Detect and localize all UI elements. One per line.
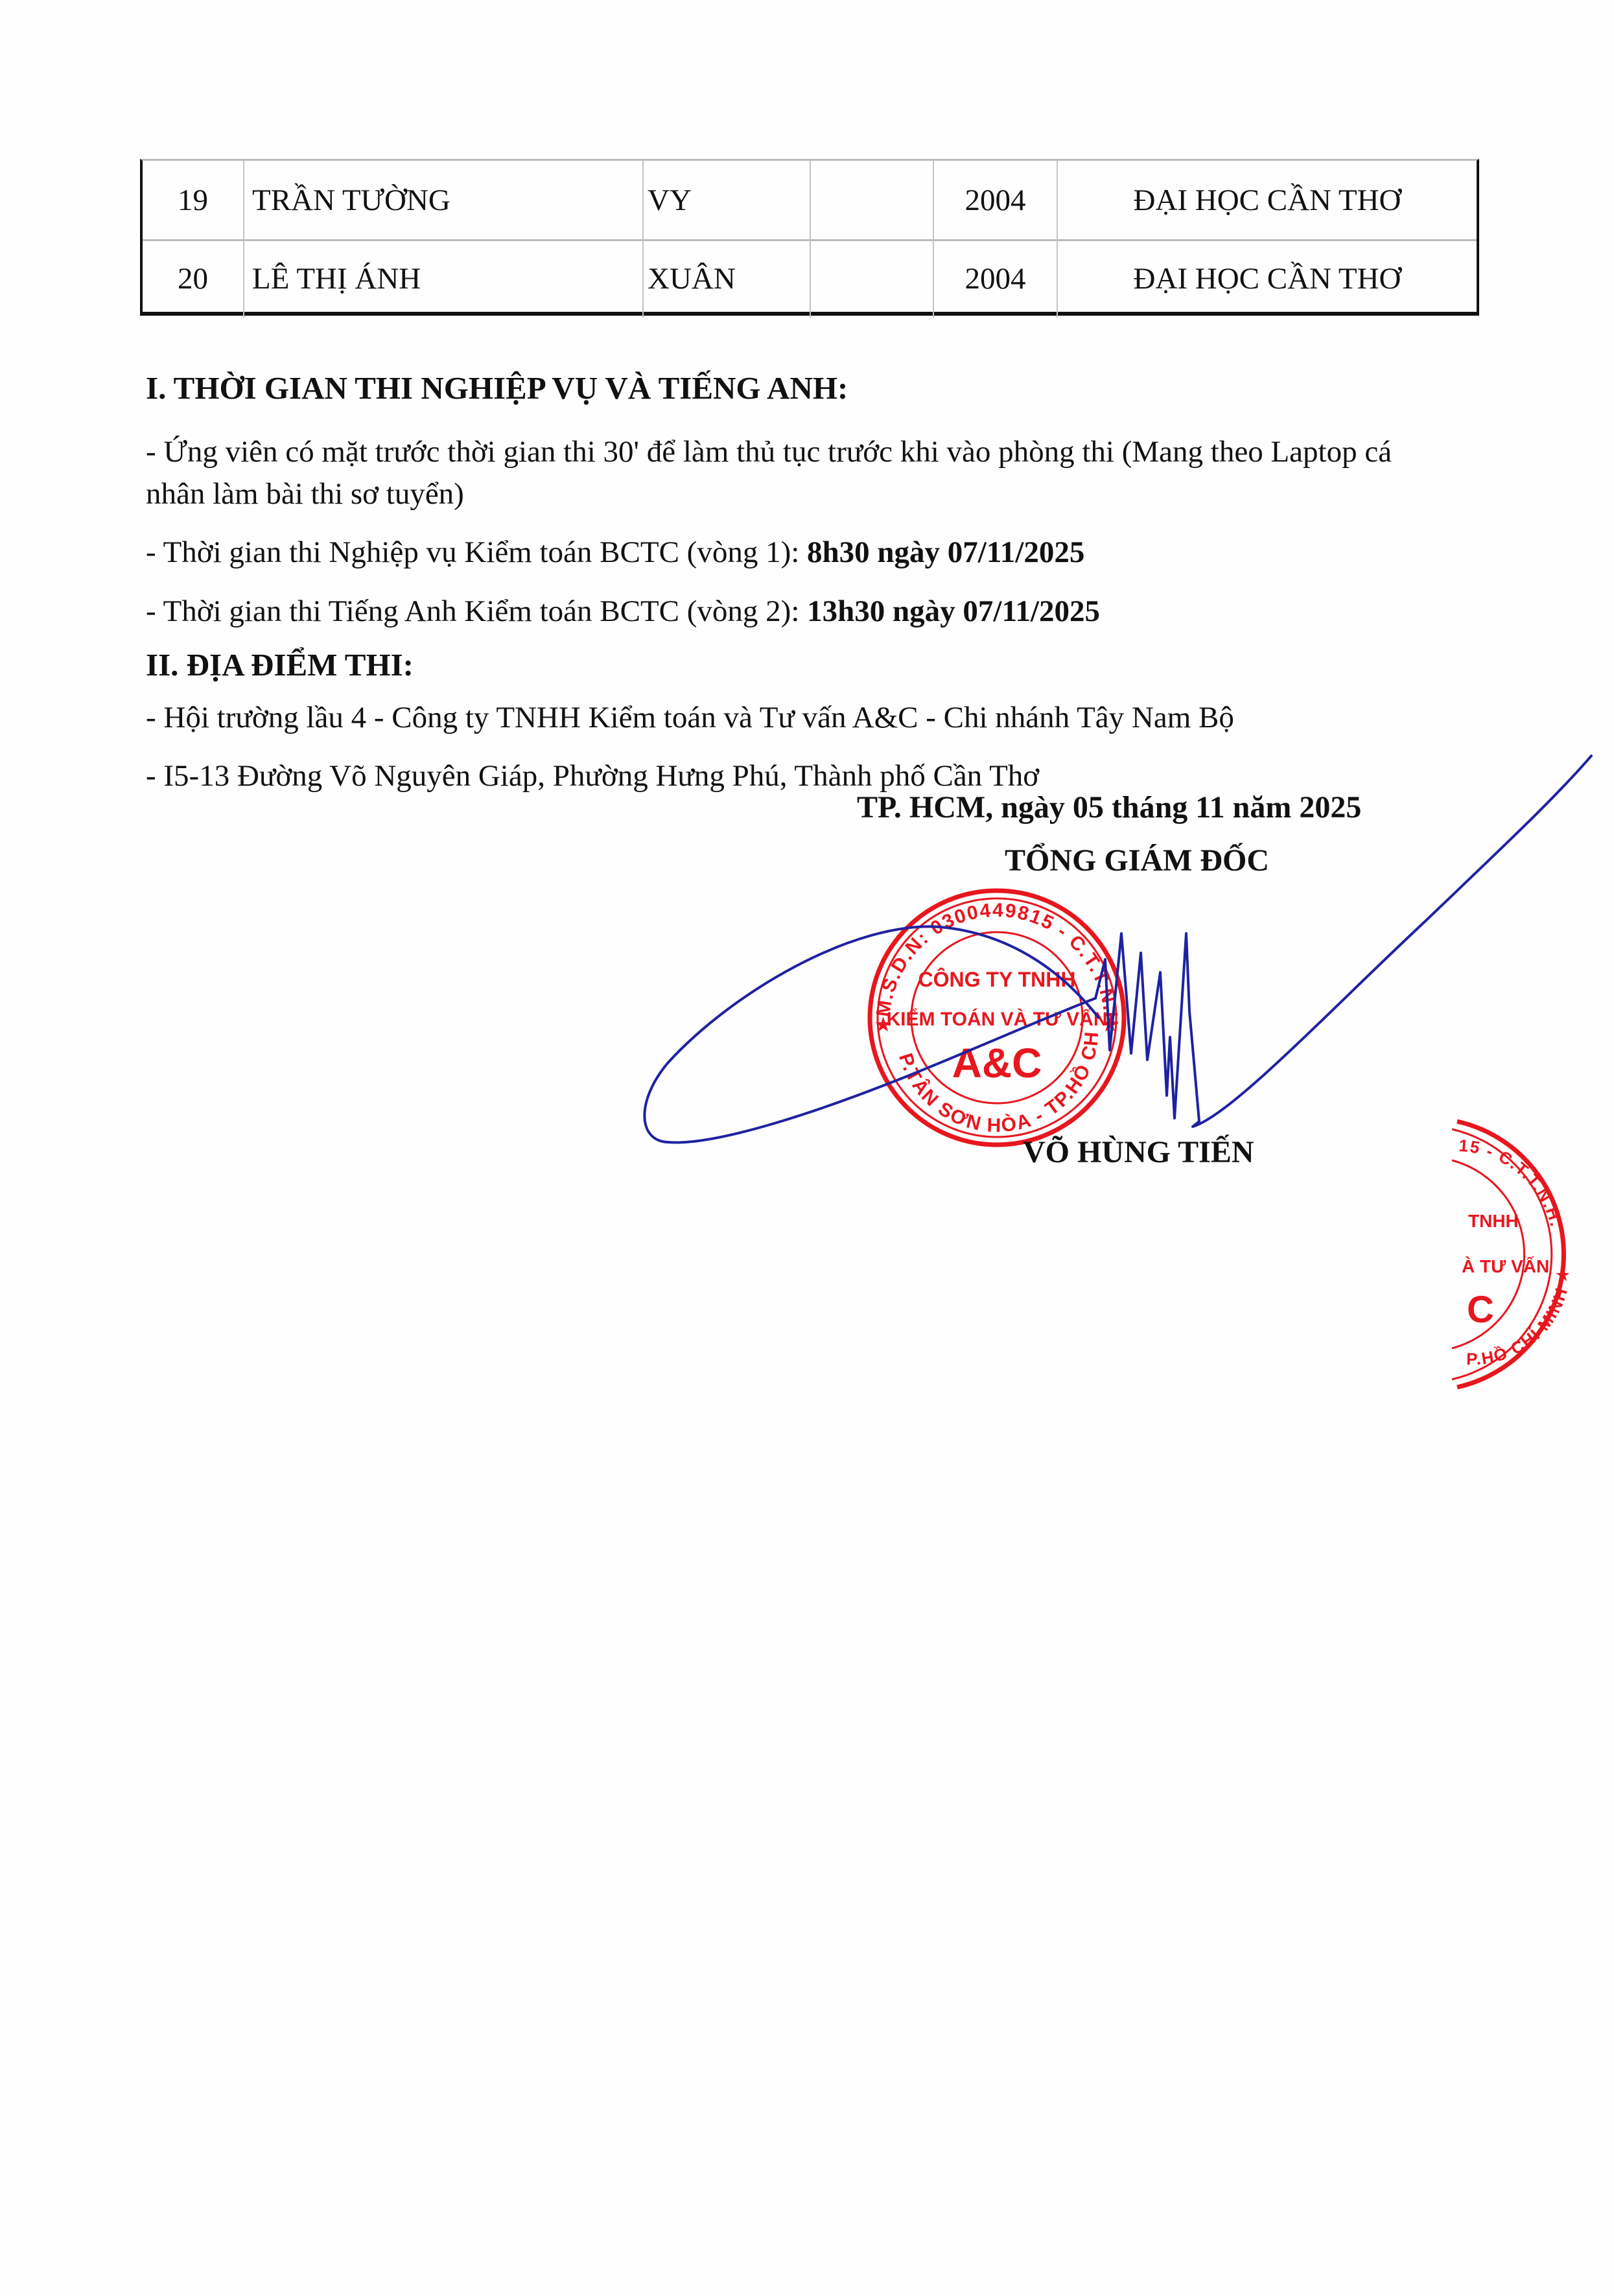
round1-datetime: 8h30 ngày 07/11/2025 [807,535,1084,569]
cell-empty [811,161,934,239]
star-icon: ★ [1102,1014,1118,1035]
cell-last-name: LÊ THỊ ÁNH [244,239,644,318]
seal-ring-top-text: M.S.D.N: 0300449815 - C.T.T.N.H.H [0,0,1121,1027]
document-page: 19 TRẦN TƯỜNG VY 2004 ĐẠI HỌC CẦN THƠ 20… [0,0,1614,2296]
seal-line1: CÔNG TY TNHH [918,968,1076,991]
cell-empty [811,239,934,318]
cell-no: 20 [143,239,244,318]
venue-line: - Hội trường lầu 4 - Công ty TNHH Kiểm t… [146,700,1234,735]
cell-birth-year: 2004 [934,161,1058,239]
partial-seal-line3: C [1467,1289,1494,1331]
cell-first-name: XUÂN [644,239,811,318]
cell-last-name: TRẦN TƯỜNG [244,161,644,239]
section-heading-location: II. ĐỊA ĐIỂM THI: [146,646,414,683]
seal-line3: A&C [952,1040,1042,1086]
candidate-table: 19 TRẦN TƯỜNG VY 2004 ĐẠI HỌC CẦN THƠ 20… [140,159,1479,316]
table-row: 19 TRẦN TƯỜNG VY 2004 ĐẠI HỌC CẦN THƠ [143,161,1477,241]
star-icon: ★ [875,1014,891,1035]
stamp-and-signature: M.S.D.N: 0300449815 - C.T.T.N.H.H P.TÂN … [0,0,1614,2296]
place-date: TP. HCM, ngày 05 tháng 11 năm 2025 [857,790,1361,825]
partial-seal-line1: TNHH [1468,1211,1519,1231]
round2-label: - Thời gian thi Tiếng Anh Kiểm toán BCTC… [146,594,807,628]
arrival-note-line2: nhân làm bài thi sơ tuyển) [146,476,464,511]
partial-seal-line2: À TƯ VẤN [1462,1256,1549,1276]
arrival-note-line1: - Ứng viên có mặt trước thời gian thi 30… [146,434,1392,469]
round1-time: - Thời gian thi Nghiệp vụ Kiểm toán BCTC… [146,535,1084,570]
cell-no: 19 [143,161,244,239]
cell-university: ĐẠI HỌC CẦN THƠ [1058,161,1477,239]
round2-time: - Thời gian thi Tiếng Anh Kiểm toán BCTC… [146,594,1100,629]
signer-title: TỔNG GIÁM ĐỐC [1005,843,1269,878]
signer-name: VÕ HÙNG TIẾN [1023,1134,1254,1170]
star-icon: ★ [1556,1267,1570,1284]
round2-datetime: 13h30 ngày 07/11/2025 [807,594,1100,628]
address-line: - I5-13 Đường Võ Nguyên Giáp, Phường Hưn… [146,758,1039,793]
section-heading-exam-time: I. THỜI GIAN THI NGHIỆP VỤ VÀ TIẾNG ANH: [146,369,848,406]
table-row: 20 LÊ THỊ ÁNH XUÂN 2004 ĐẠI HỌC CẦN THƠ [143,239,1477,318]
round1-label: - Thời gian thi Nghiệp vụ Kiểm toán BCTC… [146,535,807,569]
svg-text:M.S.D.N: 0300449815 - C.T.T.N.: M.S.D.N: 0300449815 - C.T.T.N.H.H [0,0,1121,1027]
cell-birth-year: 2004 [934,239,1058,318]
cell-university: ĐẠI HỌC CẦN THƠ [1058,239,1477,318]
svg-text:P.HỒ CHÍ MINH: P.HỒ CHÍ MINH [1466,1285,1572,1369]
seal-line2: KIỂM TOÁN VÀ TƯ VẤN [886,1008,1107,1030]
partial-seal-bottom-text: P.HỒ CHÍ MINH [1466,1285,1572,1369]
cell-first-name: VY [644,161,811,239]
